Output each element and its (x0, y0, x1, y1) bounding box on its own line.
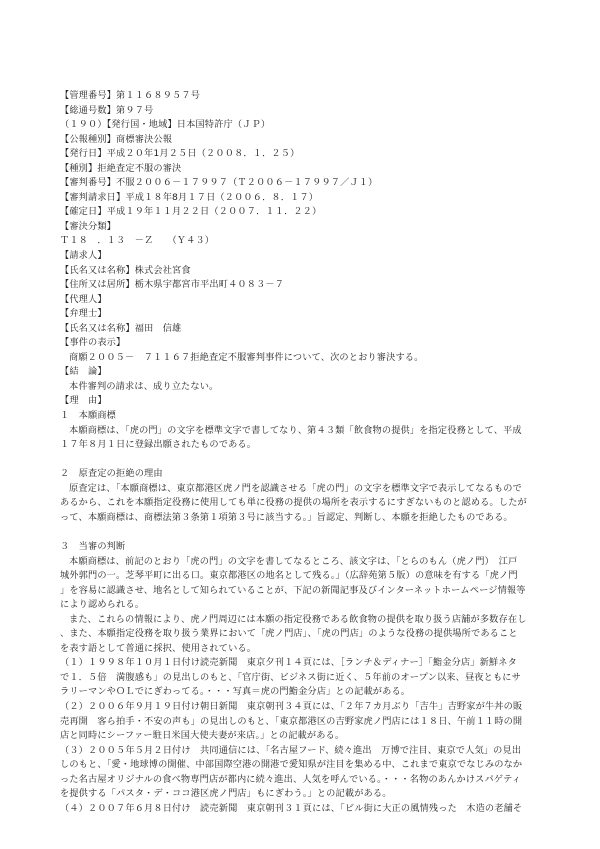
paragraph-line: あるから、これを本願指定役務に使用しても単に役務の提供の場所を表示するにすぎない… (60, 496, 542, 511)
field-label: 【種別】 (60, 163, 97, 174)
field-label: 【氏名又は名称】 (60, 265, 135, 276)
field-requester-name: 【氏名又は名称】株式会社宮食 (60, 264, 542, 279)
field-value: 日本国特許庁（ＪＰ） (177, 119, 270, 130)
citation-line: （３）２００５年５月２日付け 共同通信には、「名古屋フード、続々進出 万博で注目… (60, 744, 542, 759)
field-value: 栃木県宇都宮市平出町４０８３－７ (135, 279, 284, 290)
conclusion-text: 本件審判の請求は、成り立たない。 (60, 380, 542, 395)
citation-line: を提供する「パスタ・デ・ココ港区虎ノ門店」もにぎわう。」との記載がある。 (60, 787, 542, 802)
field-issue-date: 【発行日】平成２０年1月２５日（２００８．１．２５） (60, 147, 542, 162)
field-request-date: 【審判請求日】平成１８年8月１７日（２００６．８．１７） (60, 191, 542, 206)
paragraph-line: また、これらの情報により、虎ノ門周辺には本願の指定役務である飲食物の提供を取り扱… (60, 613, 542, 628)
field-publication-type: 【公報種別】商標審決公報 (60, 133, 542, 148)
field-case-display: 【事件の表示】 (60, 336, 542, 351)
field-label: 【審決分類】 (60, 221, 116, 232)
field-value: 第９７号 (116, 105, 153, 116)
field-label: 【公報種別】 (60, 134, 116, 145)
spacer (60, 525, 542, 540)
paragraph-line: 本願商標は、前記のとおり「虎の門」の文字を書してなるところ、該文字は、「とらのも… (60, 555, 542, 570)
field-final-date: 【確定日】平成１９年１１月２２日（２００７．１１．２２） (60, 205, 542, 220)
field-value: 商標審決公報 (116, 134, 172, 145)
paragraph-line: って、本願商標は、商標法第３条第１項第３号に該当する。」旨認定、判断し、本願を拒… (60, 511, 542, 526)
case-text: 商願２００５－ ７１１６７拒絶査定不服審判事件について、次のとおり審決する。 (60, 351, 542, 366)
field-label: 【審判請求日】 (60, 192, 125, 203)
paragraph-line: 、また、本願指定役務を取り扱う業界において「虎ノ門店」、「虎の門店」のような役務… (60, 627, 542, 642)
field-value: 第１１６８９５７号 (116, 90, 200, 101)
field-label: 【管理番号】 (60, 90, 116, 101)
field-attorney-name: 【氏名又は名称】福田 信雄 (60, 322, 542, 337)
section-heading: ２ 原査定の拒絶の理由 (60, 467, 542, 482)
field-requester: 【請求人】 (60, 249, 542, 264)
field-value: 平成１８年8月１７日（２００６．８．１７） (125, 192, 318, 203)
field-value: 拒絶査定不服の審決 (97, 163, 181, 174)
field-label: 【事件の表示】 (60, 337, 125, 348)
section-heading: １ 本願商標 (60, 409, 542, 424)
section-heading: ３ 当審の判断 (60, 540, 542, 555)
document-page: 【管理番号】第１１６８９５７号 【総通号数】第９７号 （１９０）【発行国・地域】… (60, 89, 542, 816)
field-requester-address: 【住所又は居所】栃木県宇都宮市平出町４０８３－７ (60, 278, 542, 293)
field-decision-class: 【審決分類】 (60, 220, 542, 235)
field-value: 福田 信雄 (135, 323, 182, 334)
conclusion-heading: 【結 論】 (60, 365, 542, 380)
field-label: （１９０）【発行国・地域】 (60, 119, 177, 130)
citation-line: で１．５倍 満腹感も」の見出しのもと、「官庁街、ビジネス街に近く、５年前のオープ… (60, 671, 542, 686)
paragraph-line: 」を容易に認識させ、地名として知られていることが、下記の新聞記事及びインターネッ… (60, 584, 542, 599)
reason-heading: 【理 由】 (60, 394, 542, 409)
field-label: 【請求人】 (60, 250, 107, 261)
field-label: 【氏名又は名称】 (60, 323, 135, 334)
field-label: 【代理人】 (60, 294, 107, 305)
field-value: 株式会社宮食 (135, 265, 191, 276)
field-type: 【種別】拒絶査定不服の審決 (60, 162, 542, 177)
paragraph-line: １７年８月１日に登録出願されたものである。 (60, 438, 542, 453)
field-appeal-number: 【審判番号】不服２００６－１７９９７（Ｔ２００６－１７９９７／Ｊ１） (60, 176, 542, 191)
paragraph-line: を表す語として普通に採択、使用されている。 (60, 642, 542, 657)
field-value: 平成２０年1月２５日（２００８．１．２５） (107, 148, 300, 159)
field-issue-count: 【総通号数】第９７号 (60, 104, 542, 119)
field-label: 【審判番号】 (60, 177, 116, 188)
field-label: 【弁理士】 (60, 308, 107, 319)
spacer (60, 453, 542, 468)
citation-line: （２）２００６年９月１９日付け朝日新聞 東京朝刊３４頁には、「２年７カ月ぶり「吉… (60, 700, 542, 715)
citation-line: 売再開 客ら拍手・不安の声も」の見出しのもと、「東京都港区の吉野家虎ノ門店には１… (60, 715, 542, 730)
field-label: 【発行日】 (60, 148, 107, 159)
field-value: 不服２００６－１７９９７（Ｔ２００６－１７９９７／Ｊ１） (116, 177, 377, 188)
paragraph-line: 城外郭門の一。芝琴平町に出る口。東京都港区の地名として残る。」（広辞苑第５版）の… (60, 569, 542, 584)
citation-line: った名古屋オリジナルの食べ物専門店が都内に続々進出、人気を呼んでいる。・・・名物… (60, 773, 542, 788)
field-agent: 【代理人】 (60, 293, 542, 308)
classification-code: Ｔ１８ ．１３ －Ｚ （Ｙ４３） (60, 234, 542, 249)
paragraph-line: により認められる。 (60, 598, 542, 613)
citation-line: 店と同時にシーファー駐日米国大使夫妻が来店。」との記載がある。 (60, 729, 542, 744)
paragraph-line: 原査定は、「本願商標は、東京都港区虎ノ門を認識させる「虎の門」の文字を標準文字で… (60, 482, 542, 497)
field-management-number: 【管理番号】第１１６８９５７号 (60, 89, 542, 104)
field-patent-attorney: 【弁理士】 (60, 307, 542, 322)
field-label: 【総通号数】 (60, 105, 116, 116)
citation-line: （４）２００７年６月８日付け 読売新聞 東京朝刊３１頁には、「ビル街に大正の風情… (60, 802, 542, 817)
field-label: 【住所又は居所】 (60, 279, 135, 290)
paragraph-line: 本願商標は、「虎の門」の文字を標準文字で書してなり、第４３類「飲食物の提供」を指… (60, 424, 542, 439)
citation-line: しのもと、「愛・地球博の開催、中部国際空港の開港で愛知県が注目を集める中、これま… (60, 758, 542, 773)
field-country: （１９０）【発行国・地域】日本国特許庁（ＪＰ） (60, 118, 542, 133)
citation-line: （１）１９９８年１０月１日付け読売新聞 東京夕刊１４頁には、［ランチ＆ディナー］… (60, 656, 542, 671)
field-label: 【確定日】 (60, 206, 107, 217)
citation-line: ラリーマンやＯＬでにぎわってる。・・・写真＝虎の門鮨金分店」との記載がある。 (60, 685, 542, 700)
field-value: 平成１９年１１月２２日（２００７．１１．２２） (107, 206, 322, 217)
